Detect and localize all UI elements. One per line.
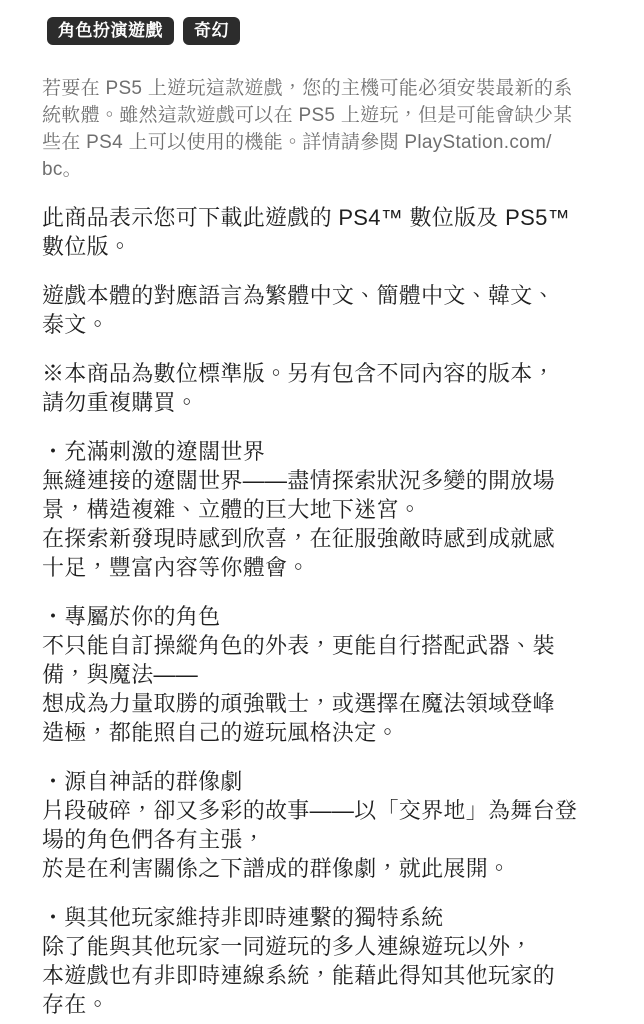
section-mythic-drama: ・源自神話的群像劇 片段破碎，卻又多彩的故事——以「交界地」為舞台登 場的角色們… (42, 767, 614, 883)
game-description-panel: 角色扮演遊戲 奇幻 若要在 PS5 上遊玩這款遊戲，您的主機可能必須安裝最新的系… (0, 0, 644, 1024)
tag-genre-rpg[interactable]: 角色扮演遊戲 (47, 17, 174, 45)
paragraph-supported-languages: 遊戲本體的對應語言為繁體中文、簡體中文、韓文、 泰文。 (42, 281, 614, 339)
genre-tags-row: 角色扮演遊戲 奇幻 (47, 17, 614, 45)
ps5-compatibility-note: 若要在 PS5 上遊玩這款遊戲，您的主機可能必須安裝最新的系 統軟體。雖然這款遊… (42, 75, 614, 183)
tag-genre-fantasy[interactable]: 奇幻 (183, 17, 240, 45)
section-async-online-system: ・與其他玩家維持非即時連繫的獨特系統 除了能與其他玩家一同遊玩的多人連線遊玩以外… (42, 903, 614, 1019)
paragraph-edition-warning: ※本商品為數位標準版。另有包含不同內容的版本， 請勿重複購買。 (42, 359, 614, 417)
section-character-customization: ・專屬於你的角色 不只能自訂操縱角色的外表，更能自行搭配武器、裝 備，與魔法——… (42, 602, 614, 747)
section-open-world: ・充滿刺激的遼闊世界 無縫連接的遼闊世界——盡情探索狀況多變的開放場 景，構造複… (42, 437, 614, 582)
paragraph-cross-buy-entitlement: 此商品表示您可下載此遊戲的 PS4™ 數位版及 PS5™ 數位版。 (42, 203, 614, 261)
